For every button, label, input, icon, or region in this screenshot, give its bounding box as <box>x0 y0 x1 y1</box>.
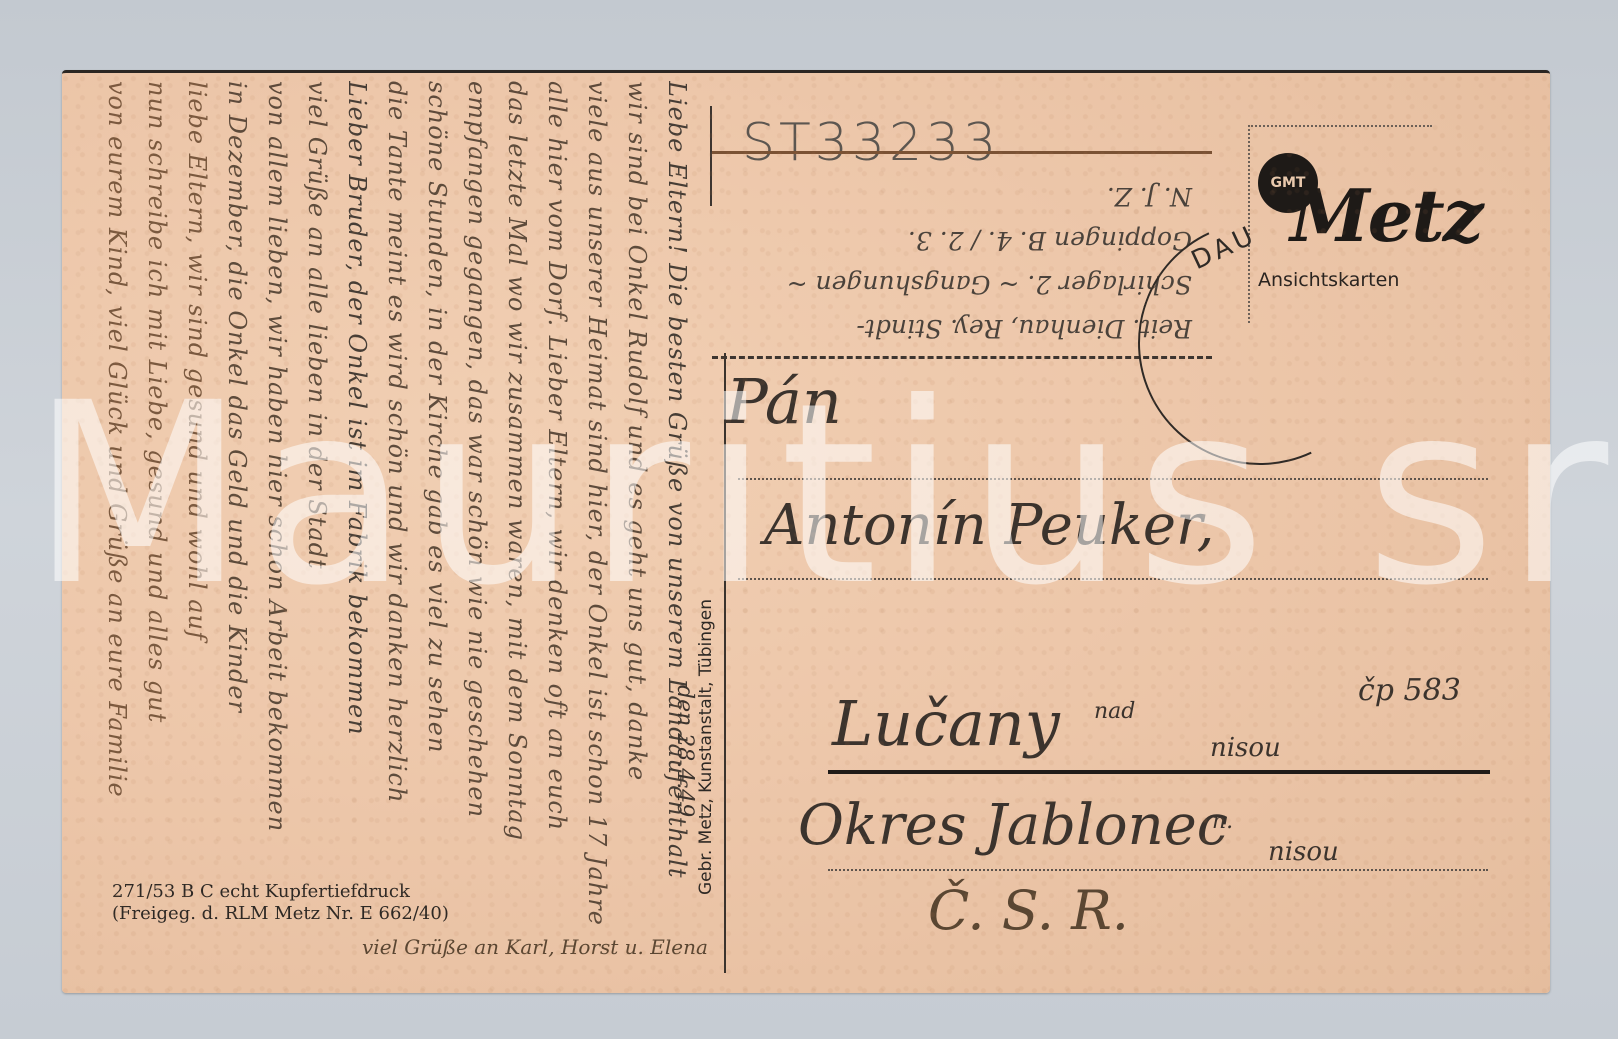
message-line: von eurem Kind, viel Glück und Grüße an … <box>102 81 132 981</box>
address-dotted-line <box>828 869 1488 871</box>
message-line: das letzte Mal wo wir zusammen waren, mi… <box>502 81 532 981</box>
sender-line: Reit. Dienhau, Rey. Stindt- <box>732 306 1192 350</box>
sender-line: Schirlager 2. ~ Gangshungen ~ <box>732 262 1192 306</box>
message-line: wir sind bei Onkel Rudolf und es geht un… <box>622 81 652 981</box>
message-line: nun schreibe ich mit Liebe, gesund und a… <box>142 81 172 981</box>
address-town: Lučany <box>832 687 1060 760</box>
message-line: liebe Eltern, wir sind gesund und wohl a… <box>182 81 212 981</box>
publisher-imprint: Gebr. Metz, Kunstanstalt, Tübingen <box>696 335 716 895</box>
message-line: viele aus unserer Heimat sind hier, der … <box>582 81 612 981</box>
address-house-number: čp 583 <box>1358 673 1461 708</box>
address-district-note-below: nisou <box>1268 837 1339 867</box>
address-strong-rule <box>828 770 1490 774</box>
sender-box: Reit. Dienhau, Rey. Stindt- Schirlager 2… <box>712 151 1212 359</box>
print-credit: 271/53 B C echt Kupfertiefdruck (Freigeg… <box>112 881 449 925</box>
address-name: Antonín Peuker, <box>764 493 1214 558</box>
metz-subtitle: Ansichtskarten <box>1258 269 1399 291</box>
address-district-note-above: n. <box>1212 809 1233 834</box>
message-line: viel Grüße an alle lieben in der Stadt <box>302 81 332 981</box>
address-dotted-line <box>738 578 1488 580</box>
sender-box-edge <box>710 106 712 206</box>
message-line: alle hier vom Dorf. Lieber Eltern, wir d… <box>542 81 572 981</box>
metz-brand: Metz <box>1290 173 1482 258</box>
print-credit-line-2: (Freigeg. d. RLM Metz Nr. E 662/40) <box>112 903 449 925</box>
address-district: Okres Jablonec <box>798 793 1228 858</box>
address-town-note-below: nisou <box>1210 733 1281 763</box>
sender-line: N. J. Z. <box>732 174 1192 218</box>
message-date: den 28.4.49 <box>672 685 697 817</box>
message-line: Liebe Eltern! Die besten Grüße von unser… <box>662 81 692 981</box>
address-dotted-line <box>738 478 1488 480</box>
message-line: schöne Stunden, in der Kirche gab es vie… <box>422 81 452 981</box>
footer-note: viel Grüße an Karl, Horst u. Elena <box>362 935 708 959</box>
sender-line: Goppingen B. 4. / 2. 3. <box>732 218 1192 262</box>
handwritten-message: Liebe Eltern! Die besten Grüße von unser… <box>72 81 692 981</box>
message-line: empfangen gegangen, das war schön wie ni… <box>462 81 492 981</box>
address-town-note-above: nad <box>1094 699 1135 724</box>
sender-text-upside-down: Reit. Dienhau, Rey. Stindt- Schirlager 2… <box>732 174 1192 350</box>
message-line: in Dezember, die Onkel das Geld und die … <box>222 81 252 981</box>
message-line: Lieber Bruder, der Onkel ist im Fabrik b… <box>342 81 372 981</box>
address-salutation: Pán <box>726 365 842 438</box>
postcard: Liebe Eltern! Die besten Grüße von unser… <box>62 70 1550 993</box>
message-line: die Tante meint es wird schön und wir da… <box>382 81 412 981</box>
print-credit-line-1: 271/53 B C echt Kupfertiefdruck <box>112 881 449 903</box>
address-country: Č. S. R. <box>928 879 1129 942</box>
message-line: von allem lieben, wir haben hier schon A… <box>262 81 292 981</box>
center-divider <box>724 353 726 973</box>
